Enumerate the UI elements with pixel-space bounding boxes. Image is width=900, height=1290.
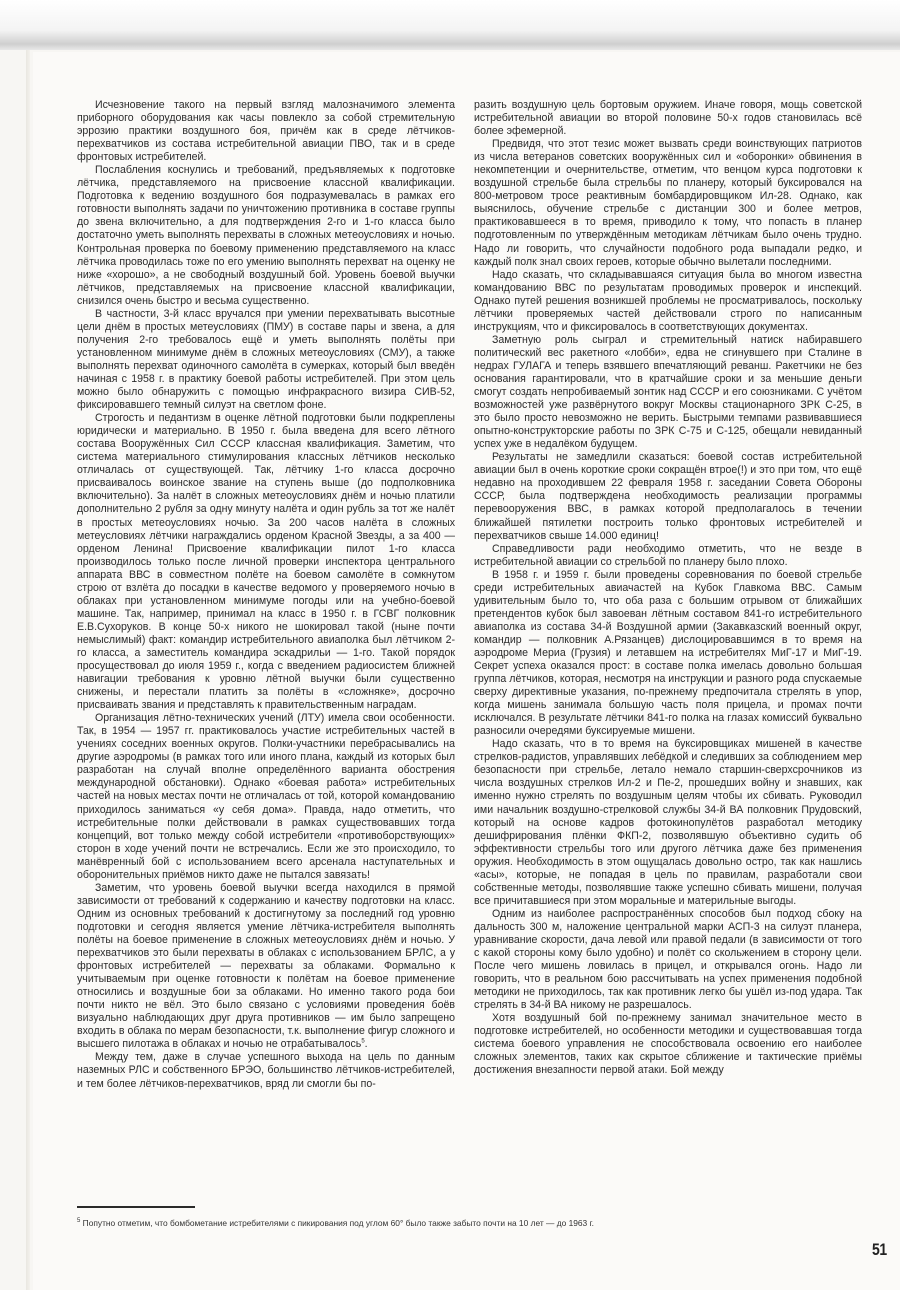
- period: .: [365, 1038, 368, 1050]
- paragraph: Справедливости ради необходимо отметить,…: [474, 543, 862, 569]
- footnote-text: Попутно отметим, что бомбометание истреб…: [83, 1218, 594, 1228]
- paragraph: Предвидя, что этот тезис может вызвать с…: [474, 138, 862, 268]
- paragraph: В 1958 г. и 1959 г. были проведены сорев…: [474, 569, 862, 739]
- paragraph: Послабления коснулись и требований, пред…: [77, 164, 455, 308]
- paragraph: Организация лётно-технических учений (ЛТ…: [77, 712, 455, 882]
- paragraph: Надо сказать, что складывавшаяся ситуаци…: [474, 269, 862, 334]
- paragraph: Надо сказать, что в то время на буксиров…: [474, 738, 862, 908]
- left-column: Исчезновение такого на первый взгляд мал…: [77, 99, 455, 1091]
- paragraph: Исчезновение такого на первый взгляд мал…: [77, 99, 455, 164]
- paragraph: Между тем, даже в случае успешного выход…: [77, 1051, 455, 1090]
- paragraph-with-footnote: Заметим, что уровень боевой выучки всегд…: [77, 882, 455, 1052]
- scan-top-band: [0, 0, 900, 50]
- footnote-divider: [77, 1206, 195, 1208]
- paragraph: В частности, 3-й класс вручался при умен…: [77, 308, 455, 412]
- paragraph-text: Заметим, что уровень боевой выучки всегд…: [77, 882, 455, 1051]
- paragraph: Строгость и педантизм в оценке лётной по…: [77, 412, 455, 712]
- footnote-marker: 5: [77, 1218, 80, 1224]
- paragraph: Хотя воздушный бой по-прежнему занимал з…: [474, 1012, 862, 1077]
- page-gutter-line: [26, 50, 30, 1290]
- right-column: разить воздушную цель бортовым оружием. …: [474, 99, 862, 1078]
- page-number: 51: [872, 1240, 887, 1260]
- paragraph: Одним из наиболее распространённых спосо…: [474, 908, 862, 1012]
- footnote: 5 Попутно отметим, что бомбометание истр…: [77, 1218, 857, 1229]
- paragraph: Заметную роль сыграл и стремительный нат…: [474, 334, 862, 451]
- paragraph-continued: разить воздушную цель бортовым оружием. …: [474, 99, 862, 138]
- paragraph: Результаты не замедлили сказаться: боево…: [474, 451, 862, 542]
